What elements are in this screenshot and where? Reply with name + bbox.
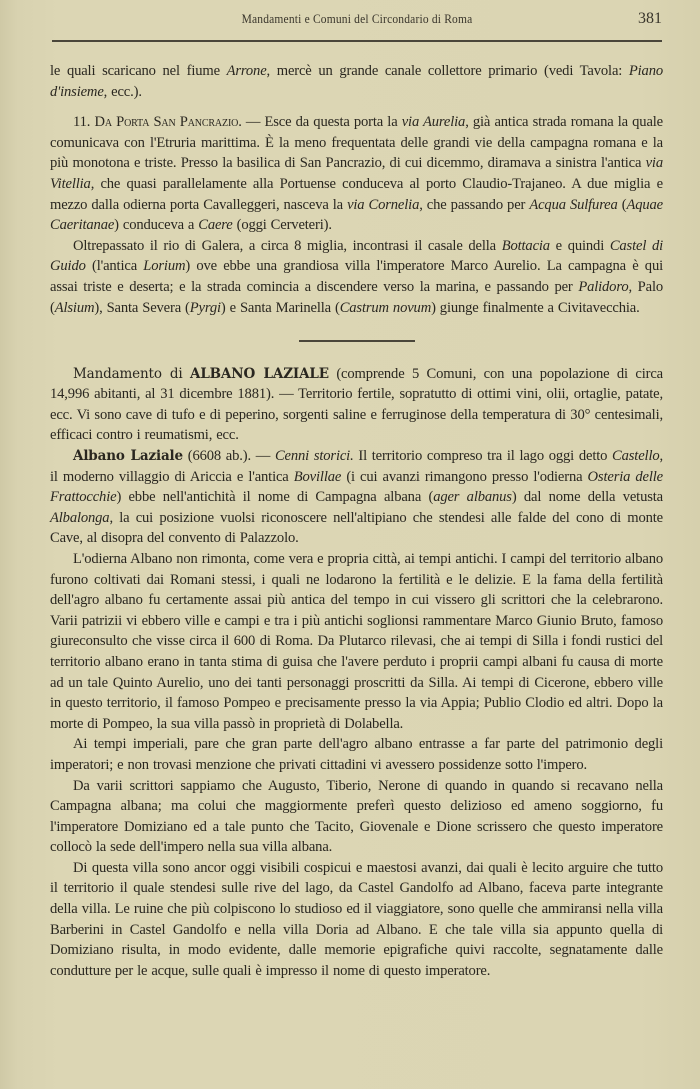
paragraph-albano-3: Ai tempi imperiali, pare che gran parte … — [50, 734, 663, 775]
paragraph-albano-2: L'odierna Albano non rimonta, come vera … — [50, 549, 663, 734]
paragraph-mandamento: Mandamento di ALBANO LAZIALE (comprende … — [50, 364, 663, 446]
running-head: Mandamenti e Comuni del Circondario di R… — [52, 12, 662, 34]
italic-term: Palidoro — [578, 279, 628, 295]
header-rule — [52, 40, 662, 42]
text-run: (l'antica — [86, 258, 144, 274]
text-run: Oltrepassato il rio di Galera, a circa 8… — [73, 238, 502, 254]
italic-term: Cenni storici. — [275, 448, 354, 464]
paragraph-section-11: 11. Da Porta San Pancrazio. — Esce da qu… — [50, 112, 663, 236]
text-run: ) conduceva a — [114, 217, 198, 233]
paragraph-section-11-b: Oltrepassato il rio di Galera, a circa 8… — [50, 236, 663, 318]
italic-term: Albalonga — [50, 510, 109, 526]
text-run: ) dal nome della vetusta — [512, 489, 663, 505]
mandamento-name: ALBANO LAZIALE — [190, 366, 329, 382]
paragraph-albano-4: Da varii scrittori sappiamo che Augusto,… — [50, 776, 663, 858]
italic-term: Castello — [612, 448, 659, 464]
text-run: — Esce da questa porta la — [242, 114, 402, 130]
italic-term: Castrum novum — [340, 300, 431, 316]
commune-name: Albano Laziale — [73, 448, 183, 464]
text-run: ) ebbe nell'antichità il nome di Campagn… — [116, 489, 433, 505]
italic-term: ager albanus — [433, 489, 512, 505]
page-number: 381 — [638, 10, 662, 28]
italic-term: Arrone — [227, 63, 267, 79]
text-run: (6608 ab.). — — [183, 448, 275, 464]
section-number: 11. — [73, 114, 90, 130]
italic-term: Alsium — [55, 300, 95, 316]
text-run: (i cui avanzi rimangono presso l'odierna — [341, 469, 587, 485]
text-run: , la cui posizione vuolsi riconoscere ne… — [50, 510, 663, 547]
text-run: , mercè un grande canale collettore prim… — [267, 63, 629, 79]
mandamento-label: Mandamento di — [73, 366, 183, 382]
book-page: Mandamenti e Comuni del Circondario di R… — [0, 0, 700, 1089]
text-run: (oggi Cerveteri). — [233, 217, 332, 233]
text-run: ), Santa Severa ( — [94, 300, 189, 316]
section-heading: Da Porta San Pancrazio. — [94, 114, 241, 130]
italic-term: Bovillae — [294, 469, 341, 485]
text-run: , che passando per — [419, 197, 529, 213]
paragraph-albano-5: Di questa villa sono ancor oggi visibili… — [50, 858, 663, 982]
section-divider — [299, 340, 415, 342]
italic-term: Bottacia — [502, 238, 550, 254]
italic-term: Pyrgi — [190, 300, 221, 316]
italic-term: Caere — [198, 217, 232, 233]
body-text: le quali scaricano nel fiume Arrone, mer… — [50, 61, 663, 981]
text-run: Il territorio compreso tra il lago oggi … — [354, 448, 612, 464]
text-run: , ecc.). — [104, 84, 142, 100]
italic-term: via Aurelia — [402, 114, 465, 130]
italic-term: Lorium — [143, 258, 185, 274]
text-run: ) giunge finalmente a Civitavecchia. — [431, 300, 640, 316]
italic-term: Acqua Sulfurea — [529, 197, 617, 213]
text-run: ) e Santa Marinella ( — [221, 300, 340, 316]
paragraph-continued: le quali scaricano nel fiume Arrone, mer… — [50, 61, 663, 102]
text-run: le quali scaricano nel fiume — [50, 63, 227, 79]
running-title: Mandamenti e Comuni del Circondario di R… — [76, 12, 637, 27]
paragraph-albano-1: Albano Laziale (6608 ab.). — Cenni stori… — [50, 446, 663, 549]
text-run: e quindi — [550, 238, 610, 254]
italic-term: via Cornelia — [347, 197, 419, 213]
